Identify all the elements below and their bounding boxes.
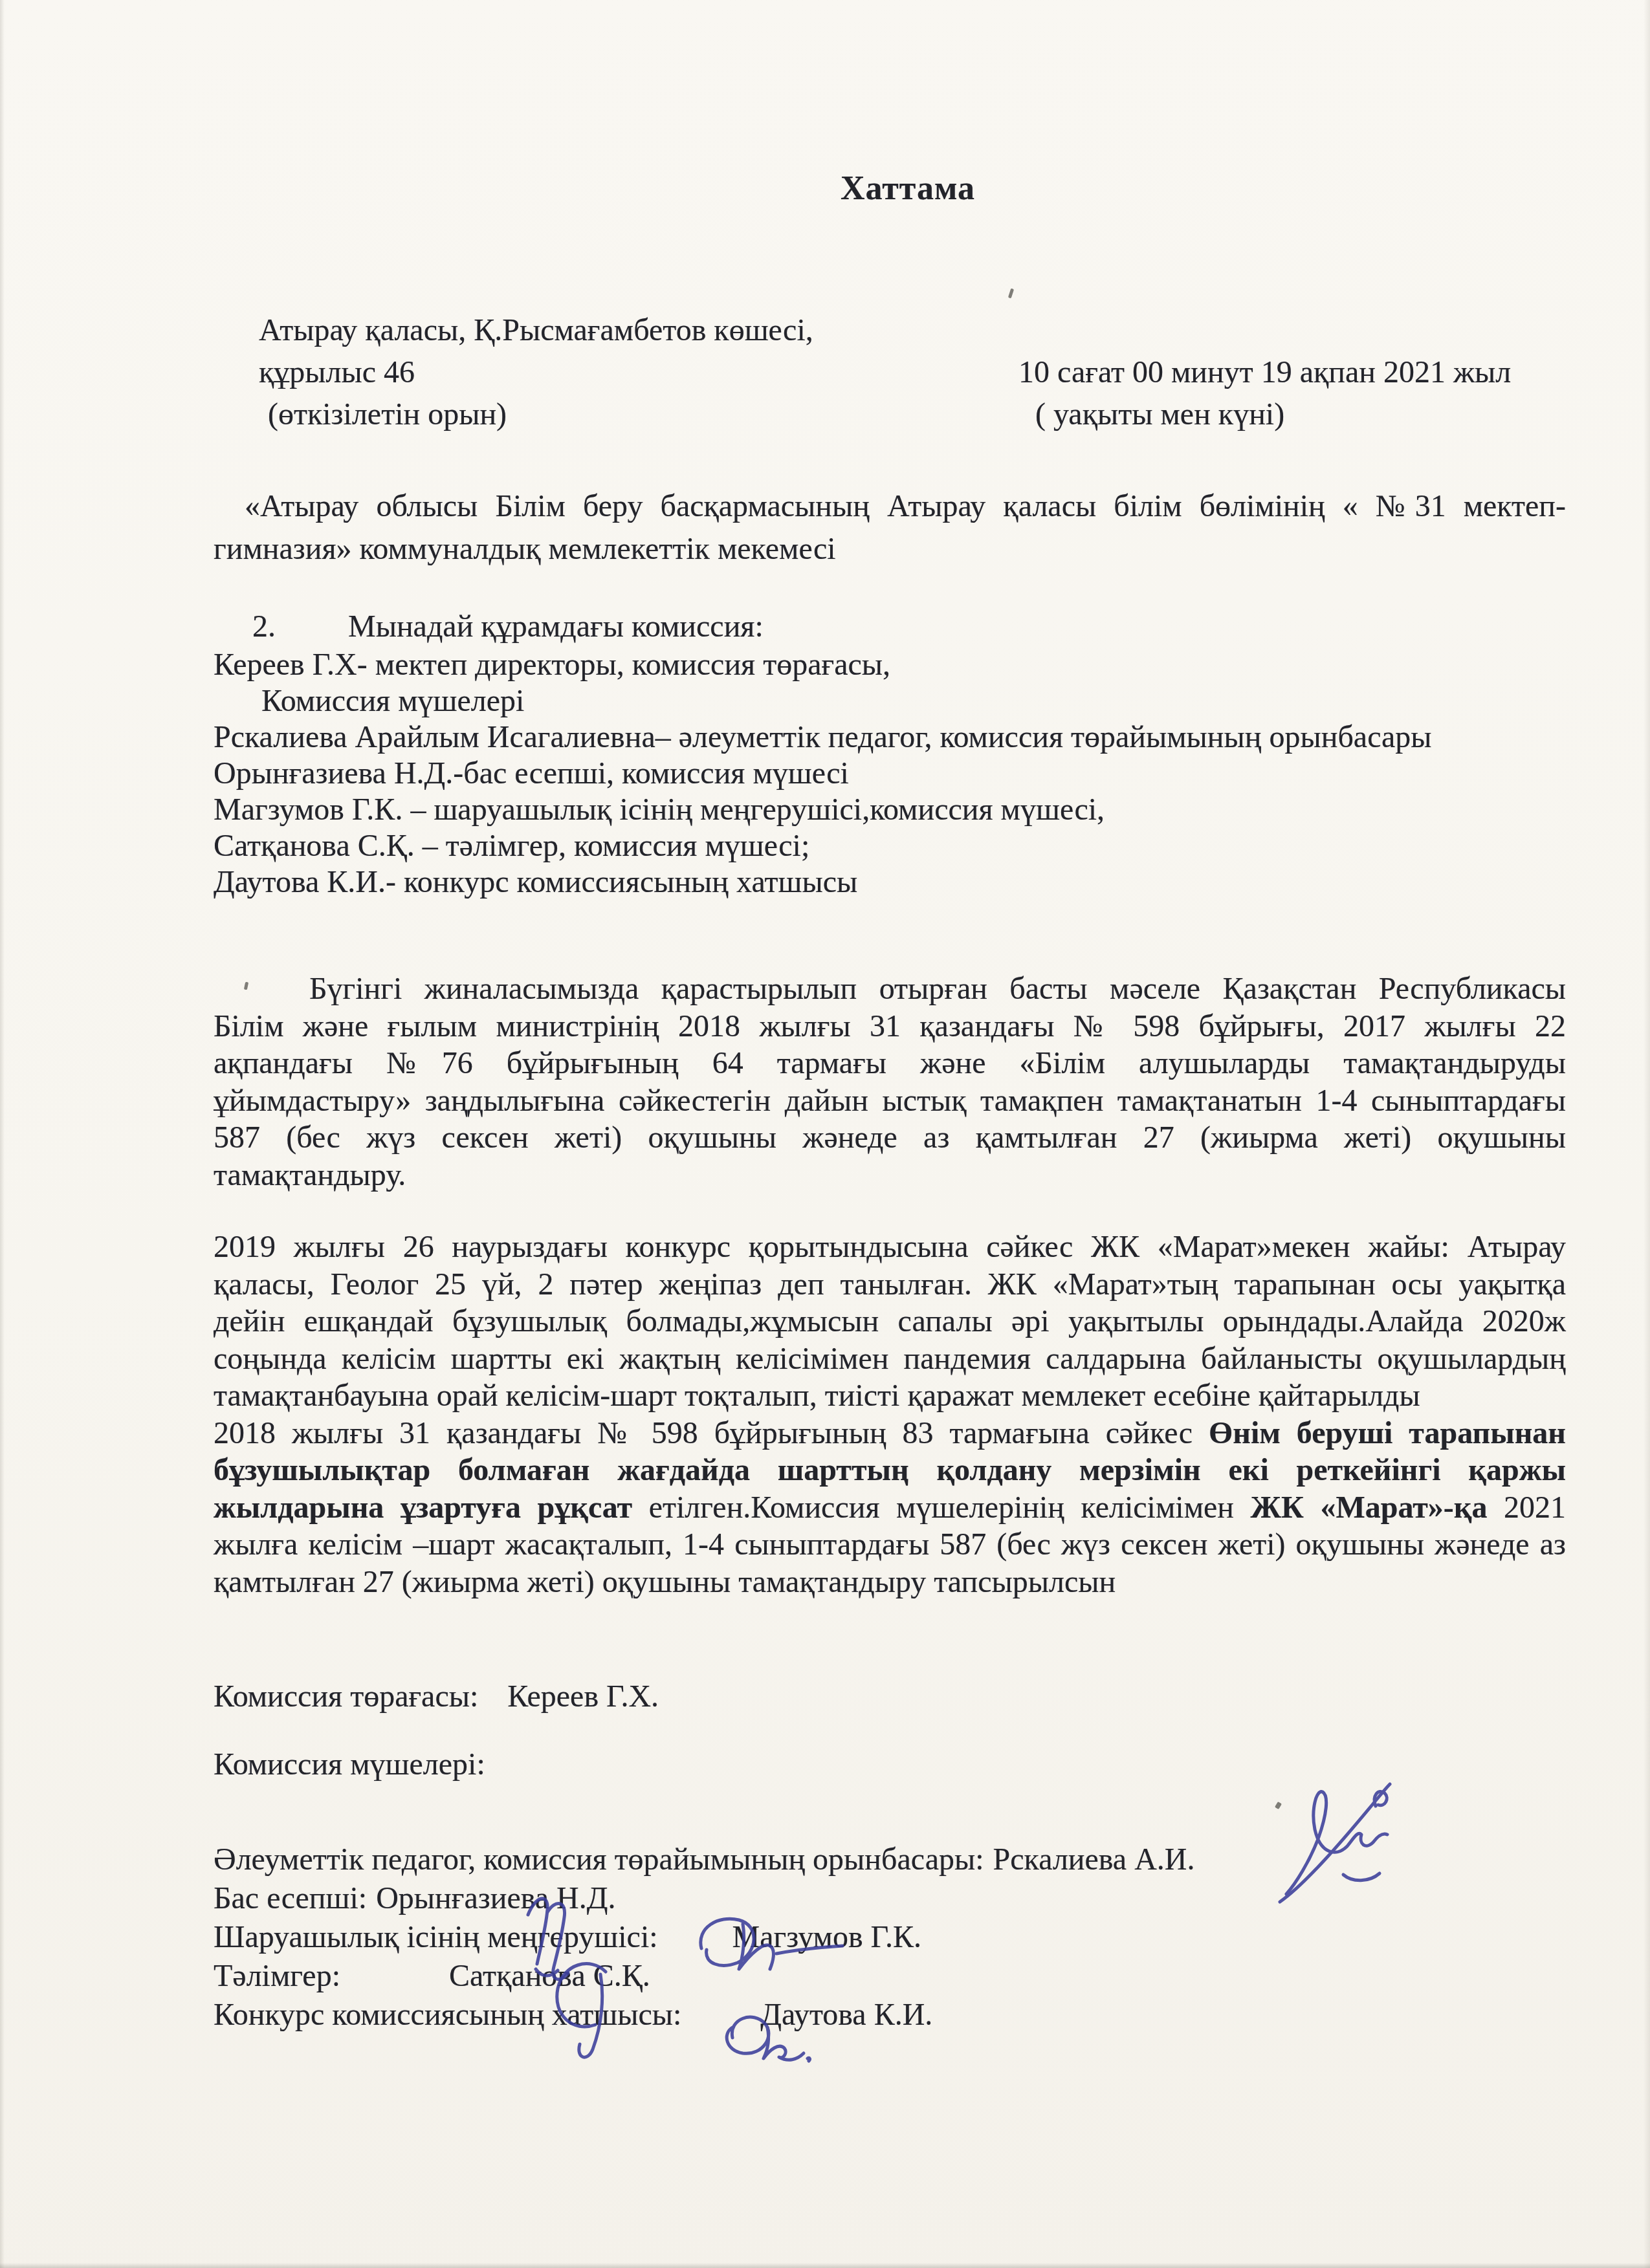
organization-line: «Атырау облысы Білім беру басқармасының … [214, 485, 1566, 528]
meeting-datetime-block: 10 сағат 00 минут 19 ақпан 2021 жыл ( уа… [1018, 351, 1511, 435]
paragraph-line: Білім және ғылым министрінің 2018 жылғы … [214, 1008, 1566, 1045]
paragraph-line: соңында келісім шартты екі жақтың келісі… [214, 1340, 1566, 1378]
paragraph-line-with-bold: 2018 жылғы 31 қазандағы № 598 бұйрығының… [214, 1415, 1566, 1452]
paragraph-segment-bold: жылдарына ұзартуға рұқсат [214, 1490, 632, 1525]
paragraph-line: ұйымдастыру» заңдылығына сәйкестегін дай… [214, 1082, 1566, 1120]
meeting-datetime-caption: ( уақыты мен күні) [1018, 393, 1511, 435]
paragraph-line: 587 (бес жүз сексен жеті) оқушыны жәнеде… [214, 1119, 1566, 1157]
paragraph-line-with-bold: жылдарына ұзартуға рұқсат етілген.Комисс… [214, 1489, 1566, 1527]
signature-rskalieva [1267, 1765, 1416, 1914]
meeting-datetime-line: 10 сағат 00 минут 19 ақпан 2021 жыл [1018, 351, 1511, 393]
paragraph-line: тамақтанбауына орай келісім-шарт тоқталы… [214, 1377, 1566, 1415]
document-title: Хаттама [232, 169, 1584, 208]
sign-row-label: Әлеуметтік педагог, комиссия төрайымының… [214, 1842, 984, 1877]
signature-satkanova [536, 1948, 639, 2062]
paragraph-segment: 2018 жылғы 31 қазандағы № 598 бұйрығының… [214, 1416, 1209, 1450]
commission-list: Кереев Г.Х- мектеп директоры, комиссия т… [214, 647, 1605, 900]
organization-paragraph: «Атырау облысы Білім беру басқармасының … [214, 485, 1566, 571]
commission-member-line: Рскалиева Арайлым Исагалиевна– әлеуметті… [214, 719, 1605, 756]
chairman-label: Комиссия төрағасы: [214, 1679, 478, 1714]
item2-title: Мынадай құрамдағы комиссия: [276, 609, 764, 644]
paragraph-line-with-bold: жылға келісім –шарт жасақталып, 1-4 сыны… [214, 1526, 1566, 1564]
paragraph-line: ақпандағы №76 бұйрығының 64 тармағы және… [214, 1045, 1566, 1082]
paragraph-line: Бүгінгі жиналасымызда қарастырылып отырғ… [214, 970, 1566, 1008]
paragraph-line: дейін ешқандай бұзушылық болмады,жұмысын… [214, 1303, 1566, 1340]
paragraph-line: қаласы, Геолог 25 үй, 2 пәтер жеңіпаз де… [214, 1266, 1566, 1303]
main-paragraph-1: Бүгінгі жиналасымызда қарастырылып отырғ… [214, 970, 1566, 1194]
meeting-place-line2: құрылыс 46 [259, 351, 813, 393]
commission-member-line: Магзумов Г.К. – шаруашылық ісінің меңгер… [214, 792, 1605, 828]
paragraph-segment: жылға келісім –шарт жасақталып, 1-4 сыны… [214, 1527, 1566, 1562]
paragraph-segment: қамтылған 27 (жиырма жеті) оқушыны тамақ… [214, 1565, 1116, 1599]
paragraph-segment-bold: ЖК «Марат»-қа [1251, 1490, 1488, 1525]
signature-dautova [691, 1996, 820, 2087]
meeting-place-caption: (өткізілетін орын) [259, 393, 813, 435]
organization-line: гимназия» коммуналдық мемлекеттік мекеме… [214, 528, 1566, 571]
paragraph-line: 2019 жылғы 26 наурыздағы конкурс қорытын… [214, 1228, 1566, 1266]
chairman-name: Кереев Г.Х. [507, 1679, 659, 1714]
paragraph-line-with-bold: қамтылған 27 (жиырма жеті) оқушыны тамақ… [214, 1564, 1566, 1601]
paragraph-line-with-bold: бұзушылықтар болмаған жағдайда шарттың қ… [214, 1452, 1566, 1489]
paragraph-segment-bold: Өнім беруші тарапынан [1209, 1416, 1566, 1450]
document-page: Хаттама Атырау қаласы, Қ.Рысмағамбетов к… [0, 0, 1650, 2268]
item2-line: 2.Мынадай құрамдағы комиссия: [214, 608, 1566, 645]
sign-row-name: Рскалиева А.И. [993, 1842, 1195, 1877]
commission-members-heading: Комиссия мүшелері [214, 683, 1605, 719]
scan-speck [1008, 289, 1014, 299]
paragraph-line: тамақтандыру. [214, 1157, 1566, 1194]
signature-magzumov [678, 1906, 853, 1990]
sign-row-label: Бас есепші: [214, 1881, 367, 1915]
members-sign-label: Комиссия мүшелері: [214, 1747, 485, 1782]
commission-chairman-line: Кереев Г.Х- мектеп директоры, комиссия т… [214, 647, 1605, 683]
commission-member-line: Даутова К.И.- конкурс комиссиясының хатш… [214, 864, 1605, 900]
commission-member-line: Сатқанова С.Қ. – тәлімгер, комиссия мүше… [214, 828, 1605, 864]
meeting-place-line1: Атырау қаласы, Қ.Рысмағамбетов көшесі, [259, 309, 813, 351]
chairman-sign-line: Комиссия төрағасы:Кереев Г.Х. [214, 1679, 659, 1714]
paragraph-segment: 2021 [1487, 1490, 1566, 1525]
commission-member-line: Орынғазиева Н.Д.-бас есепші, комиссия мү… [214, 756, 1605, 792]
paragraph-segment: етілген.Комиссия мүшелерінің келісімімен [632, 1490, 1250, 1525]
meeting-place-block: Атырау қаласы, Қ.Рысмағамбетов көшесі, қ… [259, 309, 813, 435]
paragraph-segment-bold: бұзушылықтар болмаған жағдайда шарттың қ… [214, 1453, 1566, 1487]
item2-number: 2. [214, 609, 276, 644]
sign-row: Әлеуметтік педагог, комиссия төрайымының… [214, 1840, 1195, 1879]
sign-row-label: Тәлімгер: [214, 1959, 340, 1993]
main-paragraph-2-3: 2019 жылғы 26 наурыздағы конкурс қорытын… [214, 1228, 1566, 1600]
